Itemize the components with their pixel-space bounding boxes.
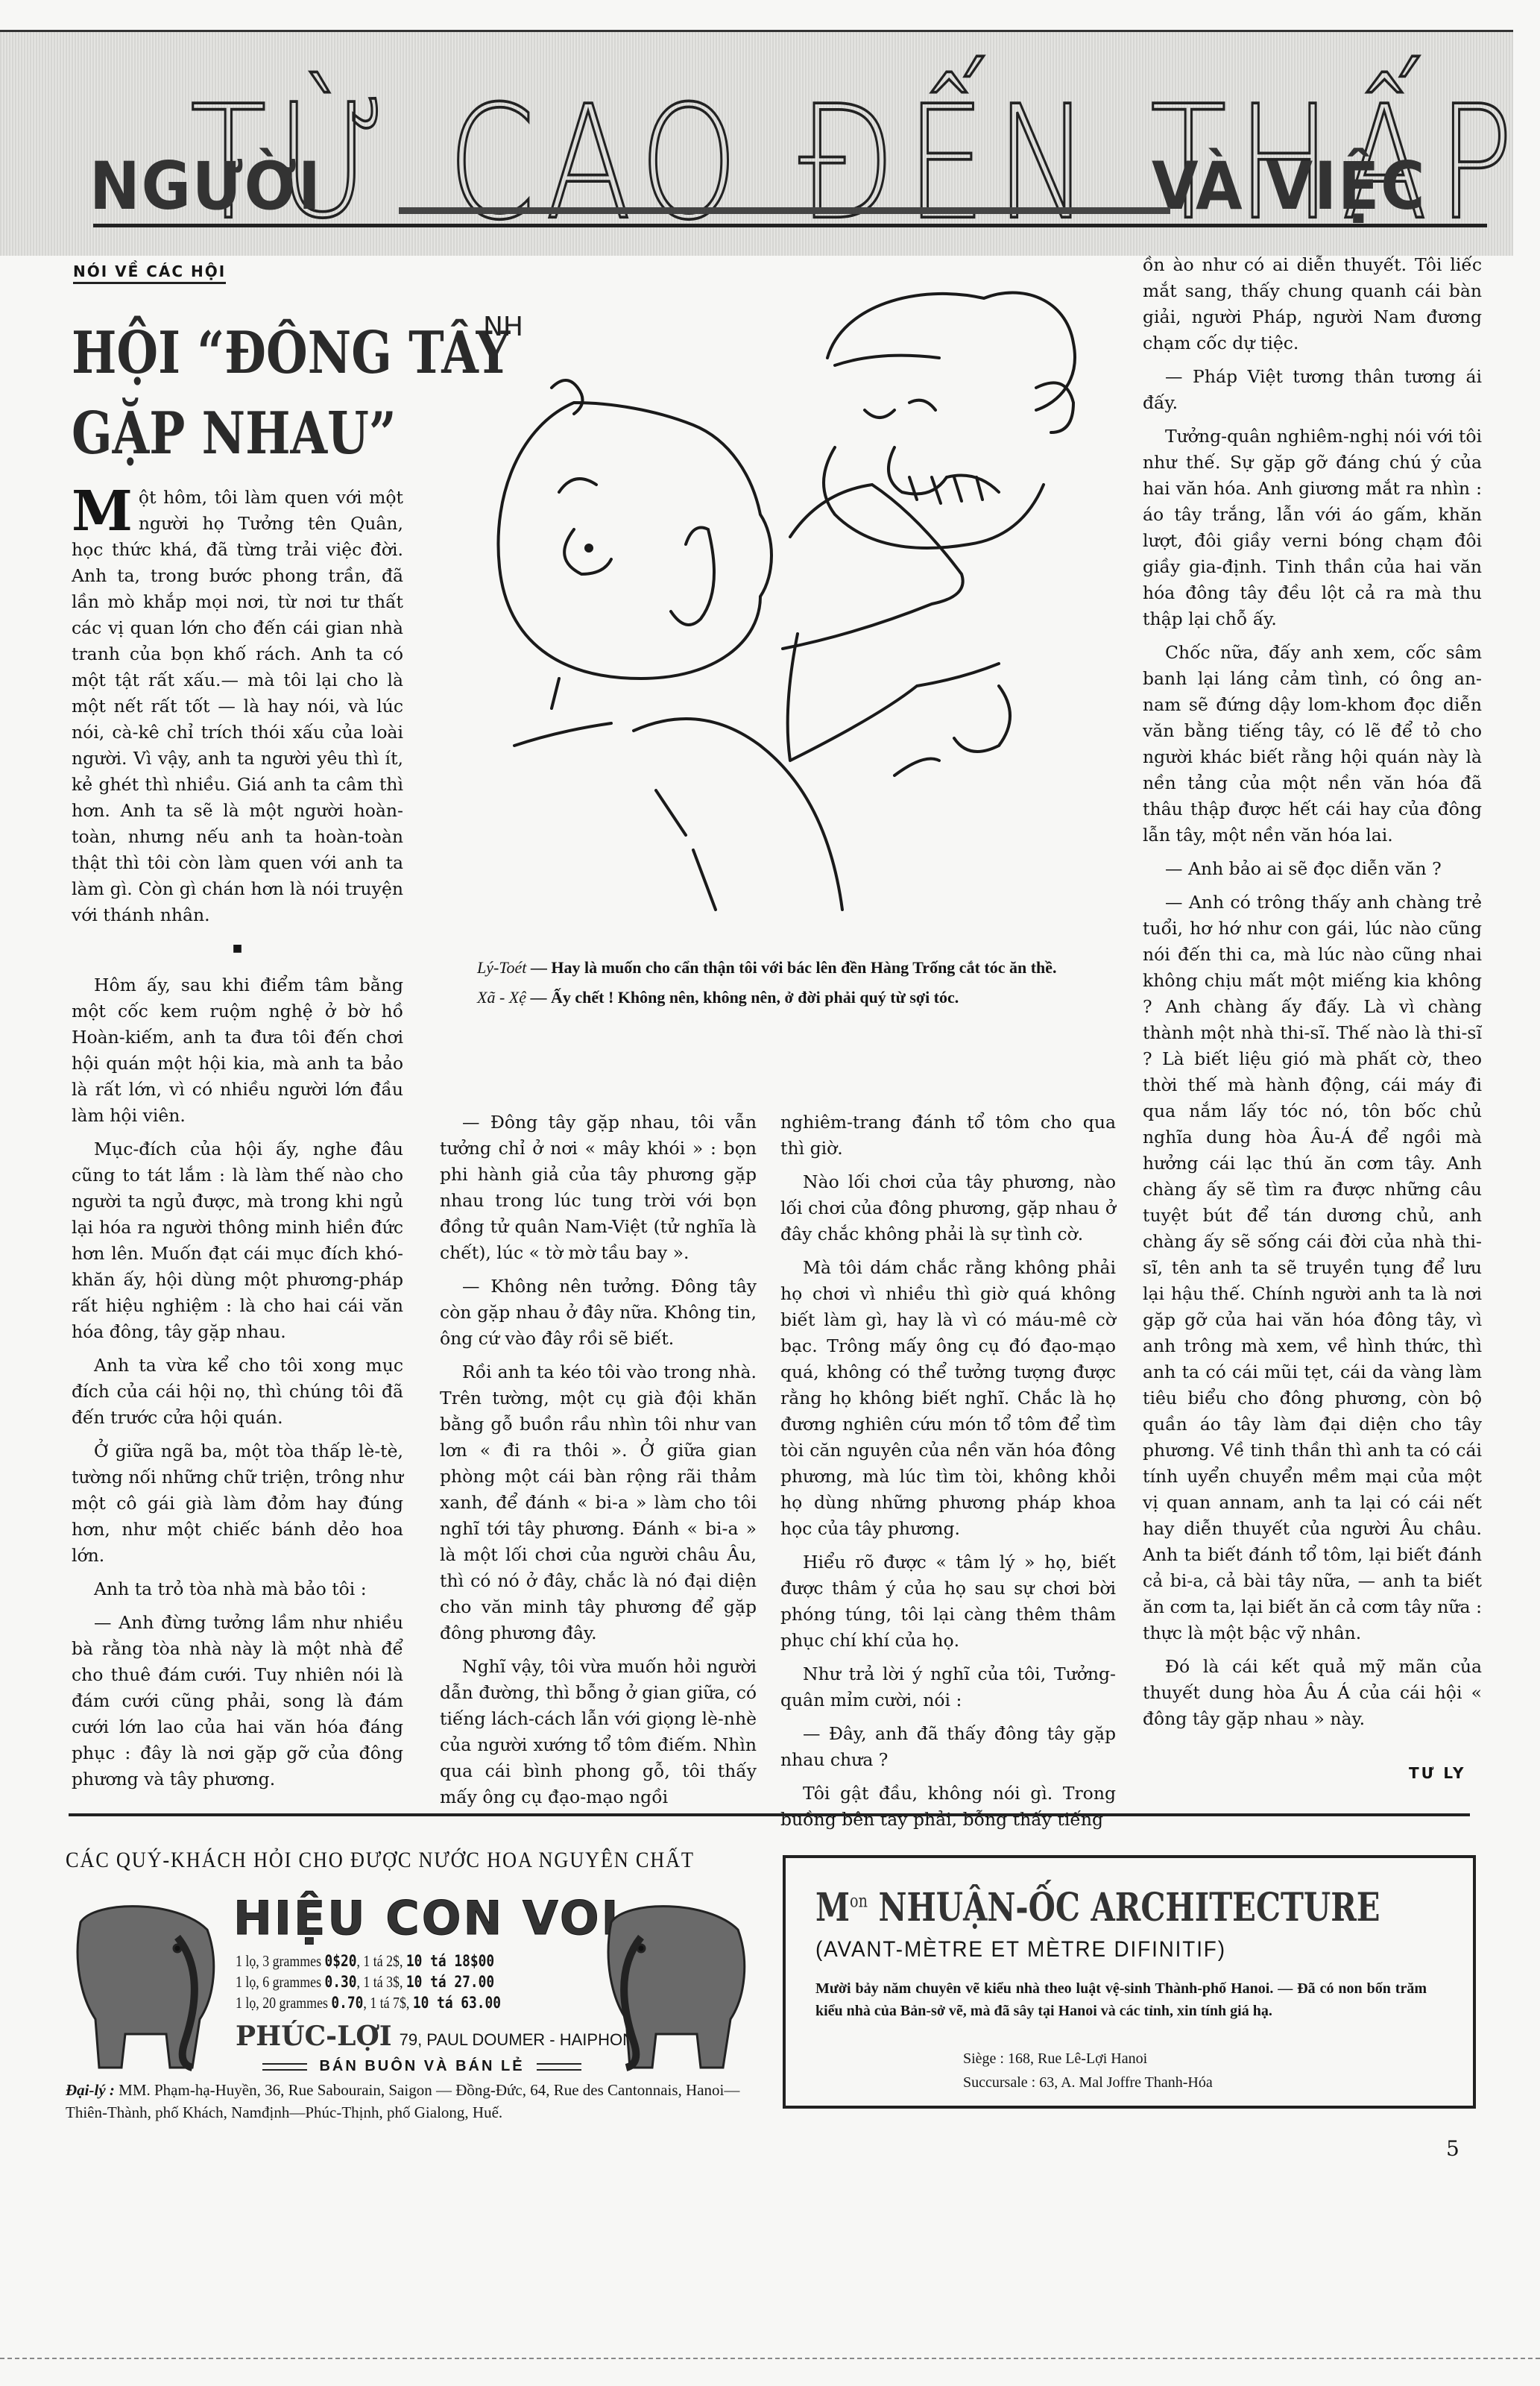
- paragraph: — Anh đừng tưởng lầm như nhiều bà rằng t…: [72, 1610, 403, 1792]
- paragraph: Một hôm, tôi làm quen với một người họ T…: [72, 485, 403, 928]
- article-column-1: Một hôm, tôi làm quen với một người họ T…: [72, 485, 403, 1800]
- page-bottom-rule: [0, 2358, 1540, 2360]
- paragraph: ồn ào như có ai diễn thuyết. Tôi liếc mắ…: [1143, 252, 1482, 356]
- masthead-left-word: NGƯỜI: [89, 153, 322, 220]
- caption-line-ly-toet: Lý-Toét — Hay là muốn cho cẩn thận tôi v…: [447, 953, 1133, 983]
- paragraph: Mục-đích của hội ấy, nghe đâu cũng to tá…: [72, 1136, 403, 1345]
- masthead-right-word: VÀ VIỆC: [1152, 153, 1426, 220]
- price-row: 1 lọ, 3 grammes 0$20, 1 tá 2$, 10 tá 18$…: [236, 1952, 494, 1971]
- paragraph: nghiêm-trang đánh tổ tôm cho qua thì giờ…: [780, 1109, 1116, 1162]
- masthead-rule: [93, 224, 1487, 227]
- drop-cap: M: [72, 489, 133, 534]
- perfume-advertisement: CÁC QUÝ-KHÁCH HỎI CHO ĐƯỢC NƯỚC HOA NGUY…: [66, 1848, 759, 2131]
- article-column-4: ồn ào như có ai diễn thuyết. Tôi liếc mắ…: [1143, 252, 1482, 1740]
- price-row: 1 lọ, 20 grammes 0.70, 1 tá 7$, 10 tá 63…: [236, 1994, 501, 2012]
- cartoon-illustration: NH: [447, 254, 1126, 939]
- paragraph: Hiểu rõ được « tâm lý » họ, biết được th…: [780, 1549, 1116, 1654]
- artist-signature: NH: [483, 312, 523, 342]
- paragraph: — Không nên tưởng. Đông tây còn gặp nhau…: [440, 1274, 757, 1352]
- headline-line-2: GẶP NHAU”: [72, 394, 353, 474]
- article-column-2: — Đông tây gặp nhau, tôi vẫn tưởng chỉ ở…: [440, 1109, 757, 1818]
- ad-tagline: CÁC QUÝ-KHÁCH HỎI CHO ĐƯỢC NƯỚC HOA NGUY…: [66, 1848, 675, 1873]
- elephant-icon: [66, 1892, 222, 2071]
- caption-line-xa-xe: Xã - Xệ — Ấy chết ! Không nên, không nên…: [447, 983, 1133, 1013]
- price-row: 1 lọ, 6 grammes 0.30, 1 tá 3$, 10 tá 27.…: [236, 1973, 494, 1992]
- paragraph: — Pháp Việt tương thân tương ái đấy.: [1143, 364, 1482, 416]
- paragraph: Hôm ấy, sau khi điểm tâm bằng một cốc ke…: [72, 972, 403, 1129]
- ad-sale-line: BÁN BUÔN VÀ BÁN LẺ: [236, 2058, 608, 2075]
- paragraph: Rồi anh ta kéo tôi vào trong nhà. Trên t…: [440, 1359, 757, 1646]
- paragraph: Mà tôi dám chắc rằng không phải họ chơi …: [780, 1255, 1116, 1542]
- page-number: 5: [1446, 2136, 1459, 2161]
- ad-architect-body: Mười bảy năm chuyên vẽ kiểu nhà theo luậ…: [815, 1977, 1427, 2022]
- paragraph: Nghĩ vậy, tôi vừa muốn hỏi người dẫn đườ…: [440, 1654, 757, 1810]
- elephant-icon: [596, 1892, 753, 2071]
- section-separator-icon: ■: [72, 936, 403, 962]
- shop-name: PHÚC-LỢI: [236, 2021, 392, 2052]
- author-signature: TƯ LY: [1409, 1764, 1465, 1782]
- masthead-underline: [399, 207, 1170, 214]
- paragraph: Nào lối chơi của tây phương, nào lối chơ…: [780, 1169, 1116, 1247]
- ads-divider-rule: [69, 1813, 1470, 1816]
- paragraph: — Anh có trông thấy anh chàng trẻ tuổi, …: [1143, 890, 1482, 1646]
- paragraph: Như trả lời ý nghĩ của tôi, Tưởng-quân m…: [780, 1661, 1116, 1713]
- ad-architect-succursale: Succursale : 63, A. Mal Joffre Thanh-Hóa: [963, 2074, 1213, 2091]
- paragraph: Tôi gật đầu, không nói gì. Trong buồng b…: [780, 1781, 1116, 1833]
- paragraph: — Đông tây gặp nhau, tôi vẫn tưởng chỉ ở…: [440, 1109, 757, 1266]
- paragraph: Ở giữa ngã ba, một tòa thấp lè-tè, tường…: [72, 1438, 403, 1569]
- ad-architect-title: Mon NHUẬN-ỐC ARCHITECTURE: [815, 1885, 1380, 1930]
- paragraph: Đó là cái kết quả mỹ mãn của thuyết dung…: [1143, 1654, 1482, 1732]
- paragraph: Chốc nữa, đấy anh xem, cốc sâm banh lại …: [1143, 640, 1482, 849]
- paragraph: — Đây, anh đã thấy đông tây gặp nhau chư…: [780, 1721, 1116, 1773]
- article-headline: HỘI “ĐÔNG TÂY GẶP NHAU”: [72, 313, 353, 474]
- ad-shop: PHÚC-LỢI79, PAUL DOUMER - HAIPHONG: [236, 2021, 647, 2052]
- ad-brand-name: HIỆU CON VOI: [233, 1891, 621, 1945]
- paragraph: — Anh bảo ai sẽ đọc diễn văn ?: [1143, 856, 1482, 882]
- architect-advertisement: Mon NHUẬN-ỐC ARCHITECTURE (AVANT-MÈTRE E…: [783, 1855, 1476, 2109]
- paragraph: Tưởng-quân nghiêm-nghị nói với tôi như t…: [1143, 424, 1482, 632]
- headline-line-1: HỘI “ĐÔNG TÂY: [72, 313, 353, 394]
- ad-agents: Đại-lý : MM. Phạm-hạ-Huyền, 36, Rue Sabo…: [66, 2079, 759, 2124]
- paragraph: Anh ta vừa kể cho tôi xong mục đích của …: [72, 1353, 403, 1431]
- ad-architect-subtitle: (AVANT-MÈTRE ET MÈTRE DIFINITIF): [815, 1937, 1226, 1962]
- ad-architect-siege: Siège : 168, Rue Lê-Lợi Hanoi: [963, 2050, 1147, 2068]
- section-kicker: NÓI VỀ CÁC HỘI: [73, 262, 226, 284]
- paragraph: Anh ta trỏ tòa nhà mà bảo tôi :: [72, 1576, 403, 1602]
- cartoon-caption: Lý-Toét — Hay là muốn cho cẩn thận tôi v…: [447, 953, 1133, 1013]
- article-column-3: nghiêm-trang đánh tổ tôm cho qua thì giờ…: [780, 1109, 1116, 1840]
